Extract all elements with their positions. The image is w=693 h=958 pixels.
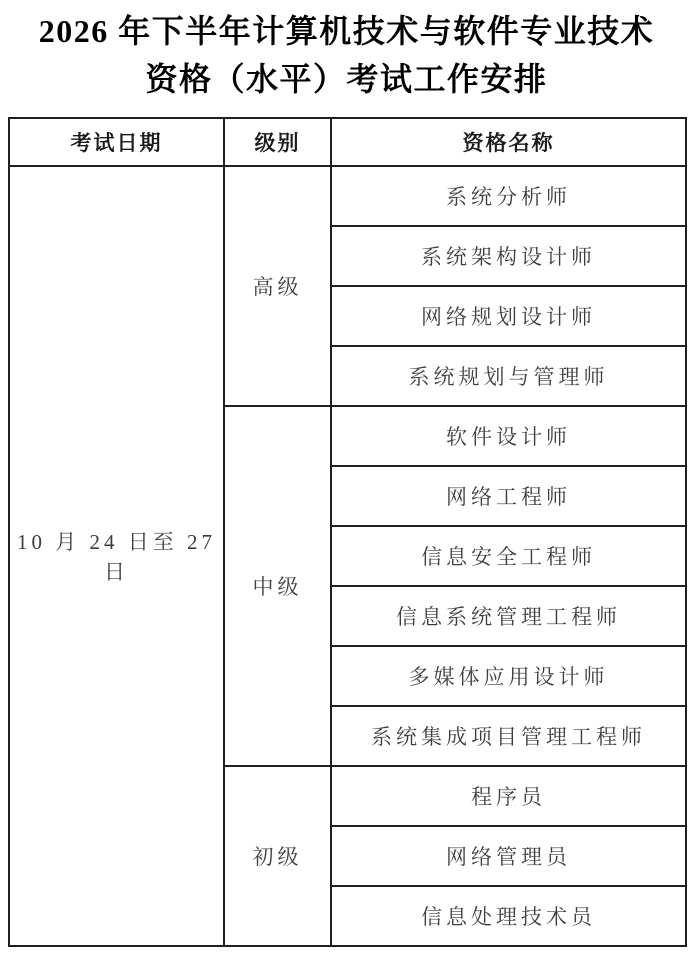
level-cell-junior: 初级 [224, 766, 331, 946]
qualification-cell: 信息系统管理工程师 [331, 586, 686, 646]
qualification-cell: 网络规划设计师 [331, 286, 686, 346]
header-level: 级别 [224, 118, 331, 166]
qualification-cell: 软件设计师 [331, 406, 686, 466]
header-row: 考试日期 级别 资格名称 [9, 118, 686, 166]
exam-date-cell: 10 月 24 日至 27 日 [9, 166, 224, 946]
title-line-2: 资格（水平）考试工作安排 [0, 55, 693, 103]
exam-schedule-table: 考试日期 级别 资格名称 10 月 24 日至 27 日 高级 系统分析师 系统… [8, 117, 687, 947]
qualification-cell: 系统规划与管理师 [331, 346, 686, 406]
qualification-cell: 系统架构设计师 [331, 226, 686, 286]
document-page: 2026 年下半年计算机技术与软件专业技术 资格（水平）考试工作安排 考试日期 … [0, 0, 693, 958]
qualification-cell: 系统分析师 [331, 166, 686, 226]
qualification-cell: 网络工程师 [331, 466, 686, 526]
qualification-cell: 多媒体应用设计师 [331, 646, 686, 706]
level-cell-intermediate: 中级 [224, 406, 331, 766]
header-qualification-name: 资格名称 [331, 118, 686, 166]
title-line-1: 2026 年下半年计算机技术与软件专业技术 [0, 7, 693, 55]
qualification-cell: 信息安全工程师 [331, 526, 686, 586]
header-exam-date: 考试日期 [9, 118, 224, 166]
document-title: 2026 年下半年计算机技术与软件专业技术 资格（水平）考试工作安排 [0, 0, 693, 103]
qualification-cell: 系统集成项目管理工程师 [331, 706, 686, 766]
table-row: 10 月 24 日至 27 日 高级 系统分析师 [9, 166, 686, 226]
qualification-cell: 网络管理员 [331, 826, 686, 886]
qualification-cell: 信息处理技术员 [331, 886, 686, 946]
qualification-cell: 程序员 [331, 766, 686, 826]
level-cell-advanced: 高级 [224, 166, 331, 406]
